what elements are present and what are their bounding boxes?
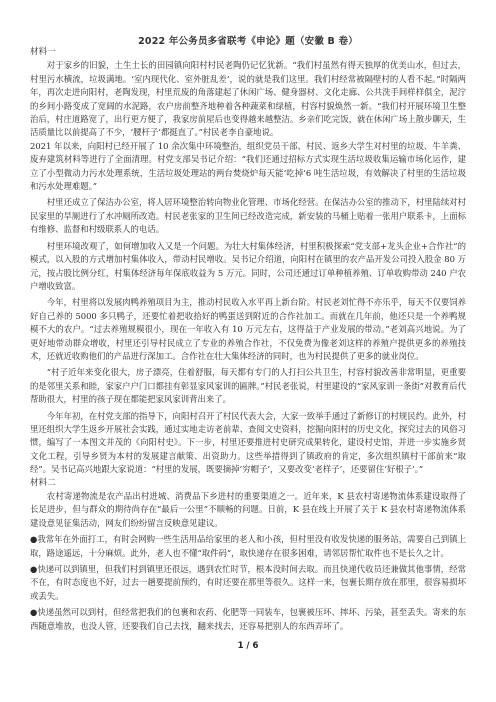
paragraph: 对于家乡的旧貌，土生土长的田园镇向阳村村民老陶仍记忆犹新。“我们村虽然有得天独厚…	[30, 59, 466, 139]
paragraph: 村里环境改观了，如何增加收入又是一个问题。为壮大村集体经济，村里积极探索“党支部…	[30, 240, 466, 294]
paragraph: 2021 年以来，向阳村已经开展了 10 余次集中环境整治，组织党员干部、村民、…	[30, 140, 466, 194]
bullet-comment: ●我常年在外面打工，有时会网购一些生活用品给家里的老人和小孩，但村里没有收发快递…	[30, 533, 466, 560]
section-material-1: 材料一 对于家乡的旧貌，土生土长的田园镇向阳村村民老陶仍记忆犹新。“我们村虽然有…	[30, 46, 466, 477]
section-heading: 材料一	[30, 46, 466, 59]
section-heading: 材料二	[30, 477, 466, 490]
bullet-comment: ●快递虽然可以到村，但经常把我们的包裹和农药、化肥等一同装车，包裹被压坏、摔坏、…	[30, 606, 466, 633]
paragraph: “村子近年来变化很大，房子漂亮，住着舒服，每天都有专门的人打扫公共卫生，村容村貌…	[30, 366, 466, 406]
bullet-comment: ●快递可以到镇里，但我们村到镇里还很远，遇到农忙时节，根本没时间去取。而且快递代…	[30, 563, 466, 603]
section-material-2: 材料二 农村寄递物流是农产品出村进城、消费品下乡进村的重要渠道之一。近年来，K …	[30, 477, 466, 633]
paragraph: 今年，村里将以发展肉鸭养殖项目为主，推动村民收入水平再上新台阶。村民老刘忙得不亦…	[30, 296, 466, 363]
document-page: 2022 年公务员多省联考《申论》题（安徽 B 卷） 材料一 对于家乡的旧貌，土…	[0, 0, 496, 702]
paragraph: 村里还成立了保洁办公室，将人居环境整治转向物业化管理、市场化经营。在保洁办公室的…	[30, 196, 466, 236]
document-body: 材料一 对于家乡的旧貌，土生土长的田园镇向阳村村民老陶仍记忆犹新。“我们村虽然有…	[30, 46, 466, 633]
page-number: 1 / 6	[0, 641, 496, 651]
paragraph: 今年年初，在村党支部的指导下，向阳村召开了村民代表大会，大家一致举手通过了新修订…	[30, 410, 466, 477]
paragraph: 农村寄递物流是农产品出村进城、消费品下乡进村的重要渠道之一。近年来，K 县农村寄…	[30, 490, 466, 530]
document-title: 2022 年公务员多省联考《申论》题（安徽 B 卷）	[0, 33, 496, 47]
